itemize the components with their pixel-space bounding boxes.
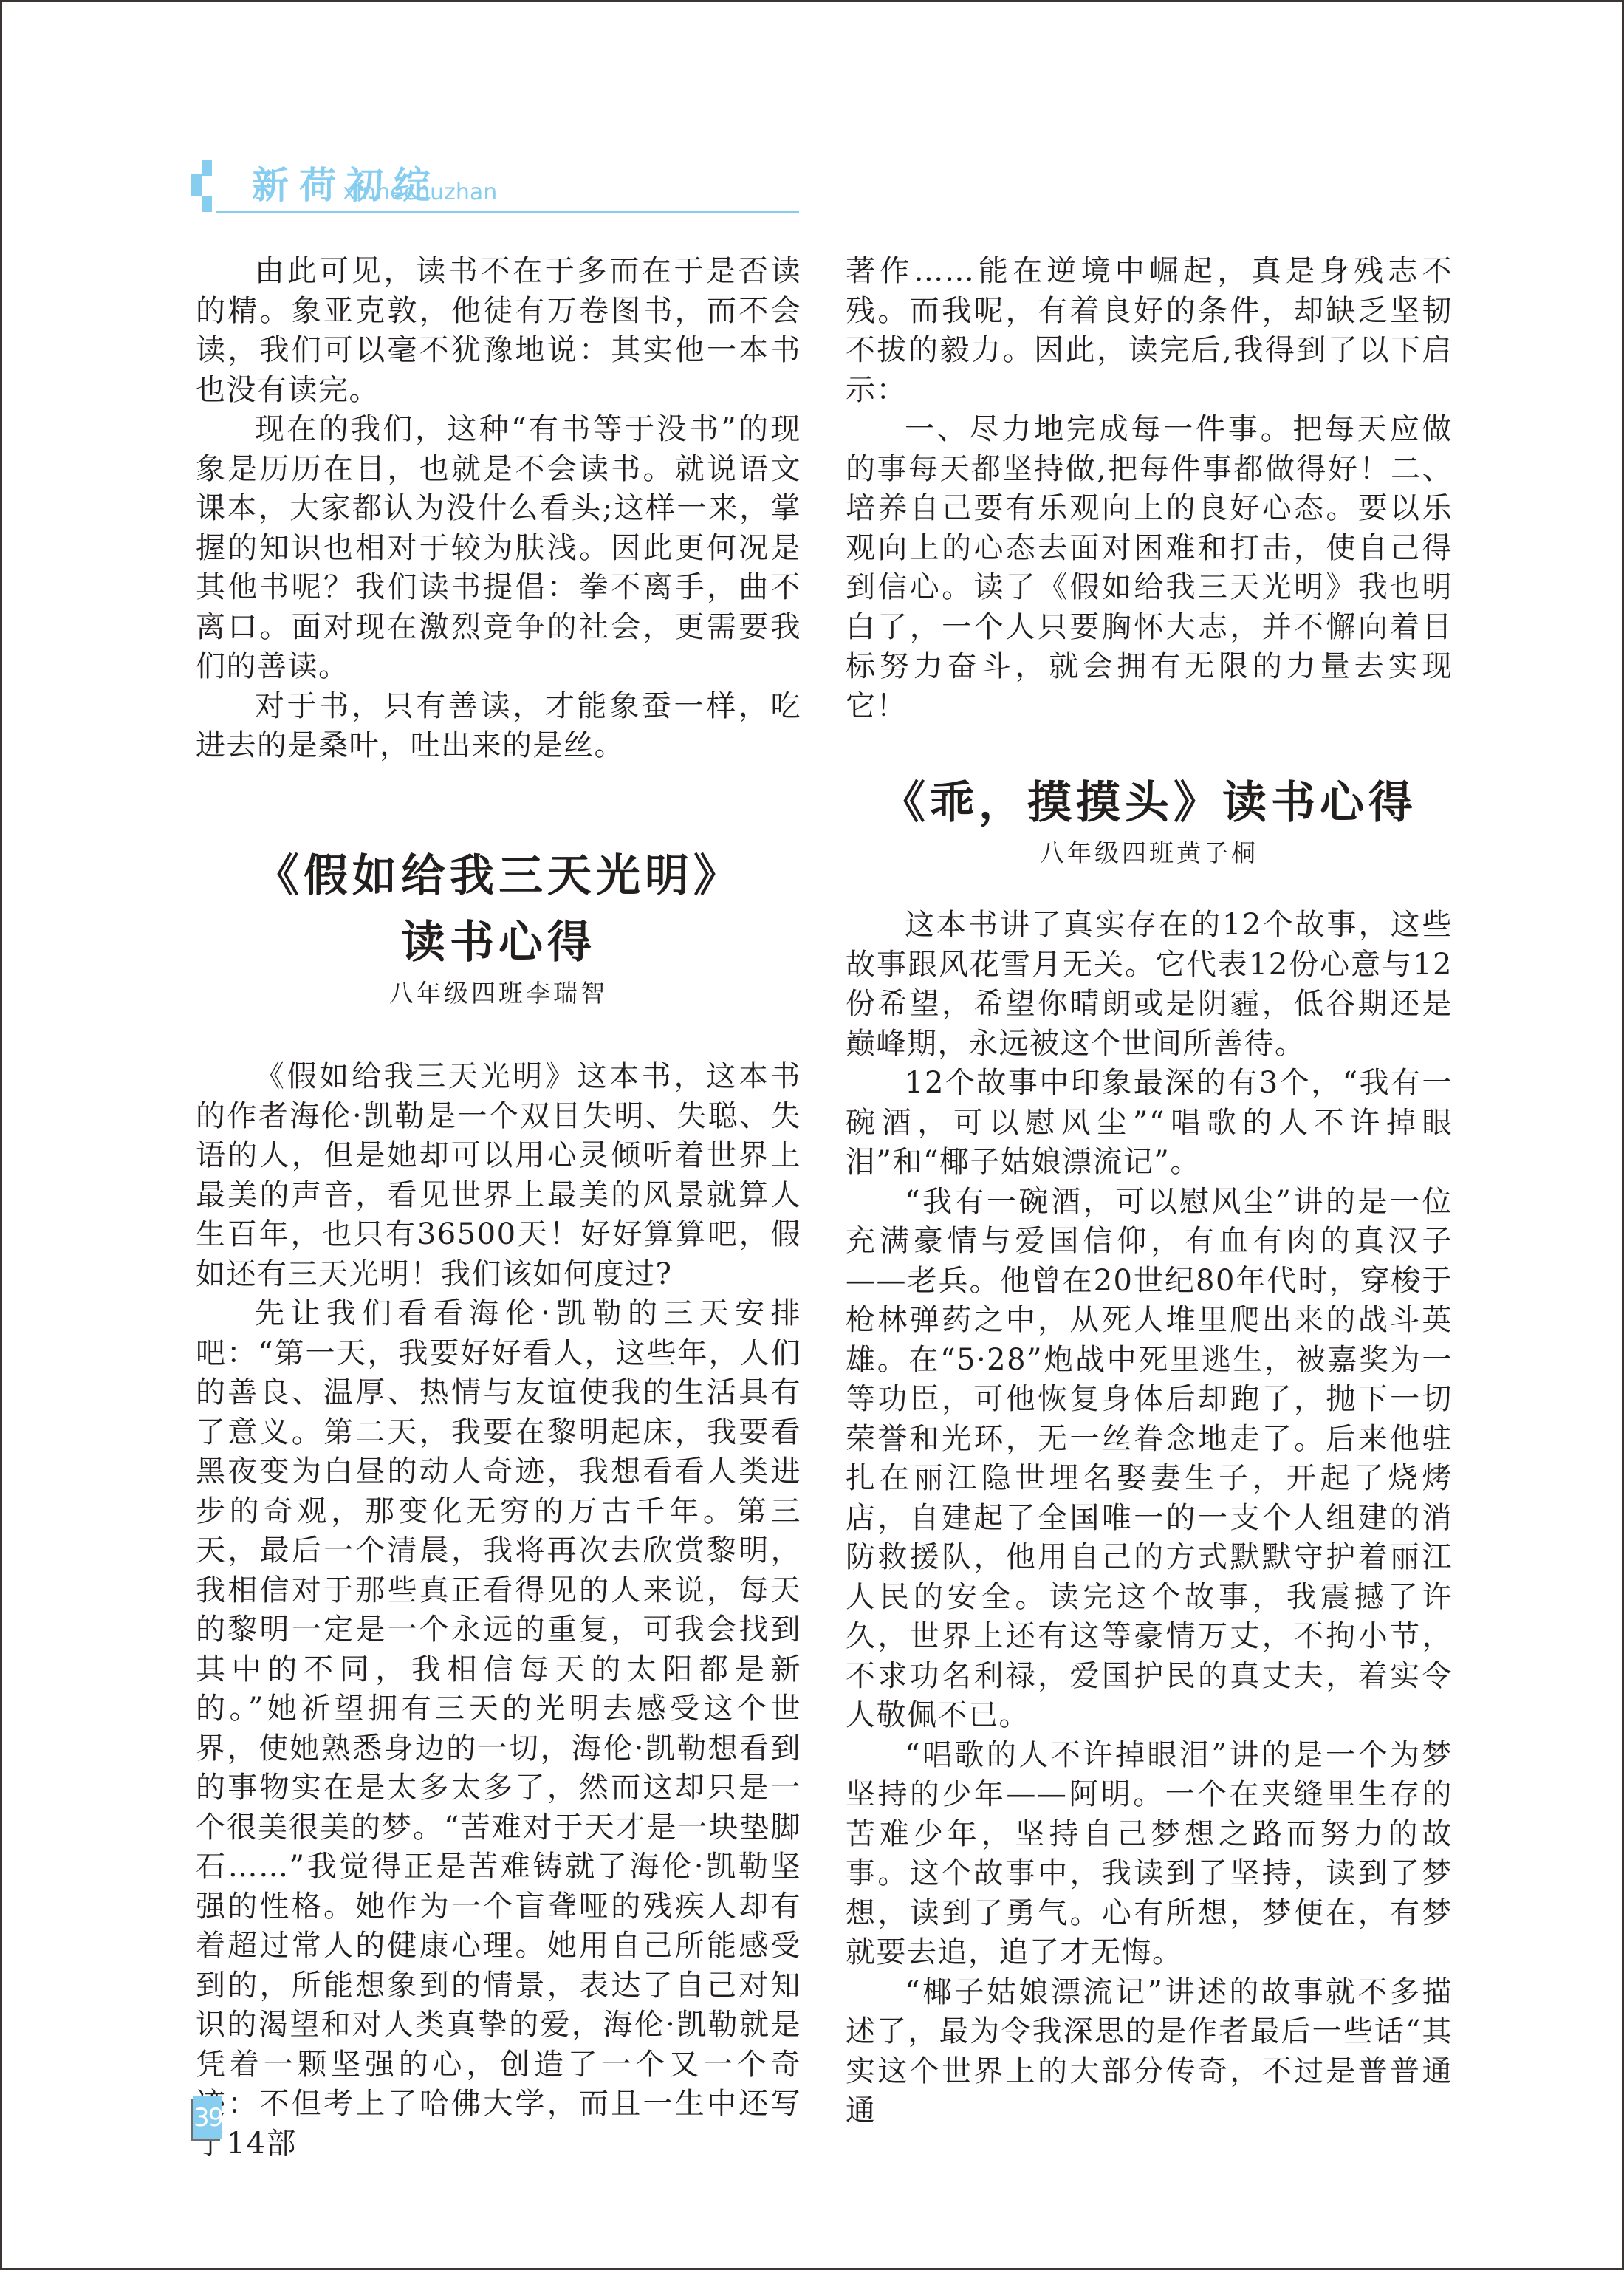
article-title-line2: 读书心得: [196, 909, 801, 976]
article-body: 《假如给我三天光明》这本书，这本书的作者海伦·凯勒是一个双目失明、失聪、失语的人…: [196, 1057, 801, 2164]
paragraph: 现在的我们，这种“有书等于没书”的现象是历历在目，也就是不会读书。就说语文课本，…: [196, 410, 801, 687]
page-number: 39: [193, 2096, 222, 2139]
article-body: 这本书讲了真实存在的12个故事，这些故事跟风花雪月无关。它代表12份心意与12份…: [846, 906, 1453, 2131]
paragraph: 这本书讲了真实存在的12个故事，这些故事跟风花雪月无关。它代表12份心意与12份…: [846, 906, 1453, 1064]
paragraph: “我有一碗酒，可以慰风尘”讲的是一位充满豪情与爱国信仰，有血有肉的真汉子——老兵…: [846, 1183, 1453, 1736]
right-column: 著作……能在逆境中崛起，真是身残志不残。而我呢，有着良好的条件，却缺乏坚韧不拔的…: [846, 252, 1453, 2076]
article-header: 《假如给我三天光明》 读书心得 八年级四班李瑞智: [196, 843, 801, 1010]
magazine-page: 新荷初绽 xinhechuzhan 由此可见，读书不在于多而在于是否读的精。象亚…: [0, 0, 1624, 2270]
header-divider: [216, 211, 799, 213]
paragraph: 先让我们看看海伦·凯勒的三天安排吧：“第一天，我要好好看人，这些年，人们的善良、…: [196, 1294, 801, 2164]
paragraph: 12个故事中印象最深的有3个，“我有一碗酒，可以慰风尘”“唱歌的人不许掉眼泪”和…: [846, 1064, 1453, 1183]
left-column: 由此可见，读书不在于多而在于是否读的精。象亚克敦，他徒有万卷图书，而不会读，我们…: [196, 252, 801, 2076]
previous-article-continuation: 由此可见，读书不在于多而在于是否读的精。象亚克敦，他徒有万卷图书，而不会读，我们…: [196, 252, 801, 766]
paragraph: 著作……能在逆境中崛起，真是身残志不残。而我呢，有着良好的条件，却缺乏坚韧不拔的…: [846, 252, 1453, 410]
article-author: 八年级四班李瑞智: [196, 977, 801, 1010]
paragraph: “椰子姑娘漂流记”讲述的故事就不多描述了，最为令我深思的是作者最后一些话“其实这…: [846, 1973, 1453, 2131]
paragraph: 一、尽力地完成每一件事。把每天应做的事每天都坚持做,把每件事都做得好！二、培养自…: [846, 410, 1453, 726]
paragraph: 由此可见，读书不在于多而在于是否读的精。象亚克敦，他徒有万卷图书，而不会读，我们…: [196, 252, 801, 410]
paragraph: 《假如给我三天光明》这本书，这本书的作者海伦·凯勒是一个双目失明、失聪、失语的人…: [196, 1057, 801, 1294]
paragraph: “唱歌的人不许掉眼泪”讲的是一个为梦坚持的少年——阿明。一个在夹缝里生存的苦难少…: [846, 1736, 1453, 1973]
article-title-line1: 《假如给我三天光明》: [196, 843, 801, 909]
paragraph: 对于书，只有善读，才能象蚕一样，吃进去的是桑叶，吐出来的是丝。: [196, 687, 801, 766]
article-header: 《乖，摸摸头》读书心得 八年级四班黄子桐: [846, 769, 1453, 869]
previous-article-ending: 著作……能在逆境中崛起，真是身残志不残。而我呢，有着良好的条件，却缺乏坚韧不拔的…: [846, 252, 1453, 726]
section-pinyin: xinhechuzhan: [343, 180, 497, 206]
article-author: 八年级四班黄子桐: [846, 837, 1453, 869]
article-title: 《乖，摸摸头》读书心得: [846, 769, 1453, 837]
